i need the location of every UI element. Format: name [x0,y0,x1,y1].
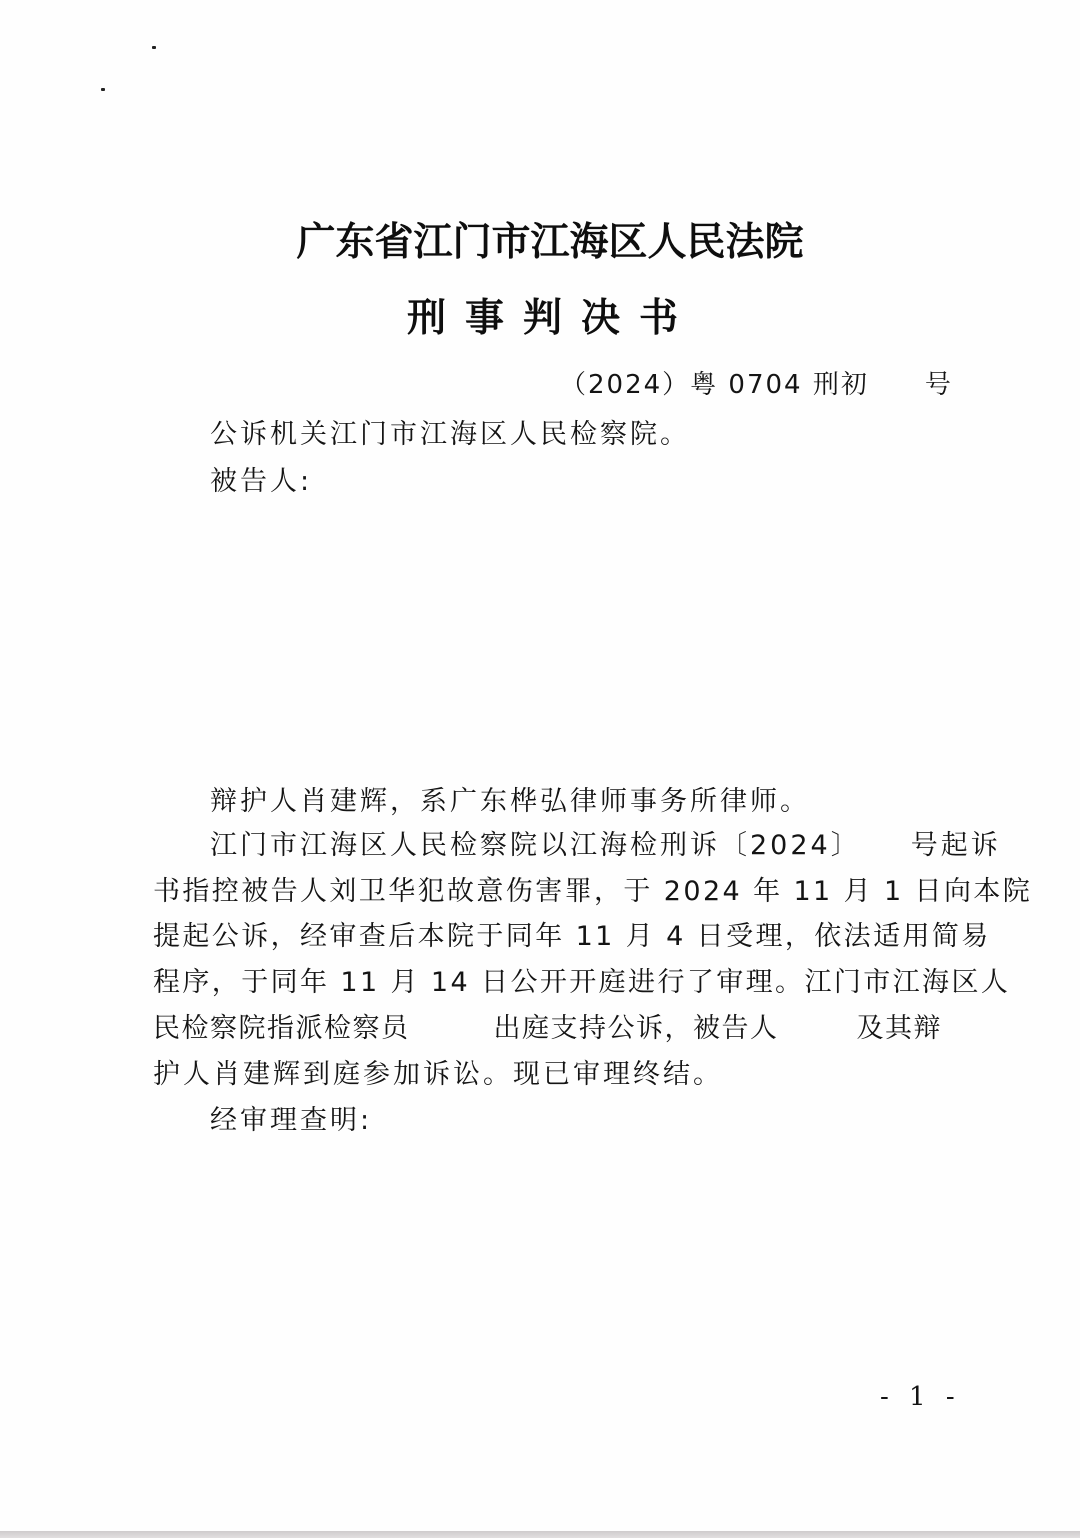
court-name: 广东省江门市江海区人民法院 [0,218,1080,266]
defense-lawyer-line: 辩护人肖建辉，系广东桦弘律师事务所律师。 [210,785,810,819]
body-line-1-b: 号起诉 [911,830,1001,861]
page-number: - 1 - [880,1380,961,1414]
body-line-1-a: 江门市江海区人民检察院以江海检刑诉〔2024〕 [210,830,861,861]
case-number: （2024）粤 0704 刑初号 [560,368,953,402]
body-line-1: 江门市江海区人民检察院以江海检刑诉〔2024〕号起诉 [210,829,1001,863]
findings-heading: 经审理查明: [210,1104,372,1138]
body-line-4: 程序，于同年 11 月 14 日公开开庭进行了审理。江门市江海区人 [153,966,1010,1000]
case-number-prefix: （2024）粤 0704 刑初 [560,370,869,400]
case-number-suffix: 号 [925,370,953,400]
page-bottom-edge [0,1531,1080,1538]
body-line-3: 提起公诉，经审查后本院于同年 11 月 4 日受理，依法适用简易 [153,920,991,954]
body-line-5-c: 及其辩 [857,1013,943,1044]
prosecutor-line: 公诉机关江门市江海区人民检察院。 [210,418,690,452]
body-line-5: 民检察院指派检察员出庭支持公诉，被告人及其辩 [153,1012,942,1046]
scan-speck [101,88,105,91]
scan-speck [152,46,156,49]
body-line-6: 护人肖建辉到庭参加诉讼。现已审理终结。 [153,1058,723,1092]
body-line-5-b: 出庭支持公诉，被告人 [494,1013,779,1044]
defendant-label: 被告人: [210,465,312,499]
body-line-2: 书指控被告人刘卫华犯故意伤害罪，于 2024 年 11 月 1 日向本院 [153,875,1032,909]
body-line-5-a: 民检察院指派检察员 [153,1013,410,1044]
document-type-title: 刑事判决书 [0,294,1080,342]
document-page: 广东省江门市江海区人民法院 刑事判决书 （2024）粤 0704 刑初号 公诉机… [0,0,1080,1531]
